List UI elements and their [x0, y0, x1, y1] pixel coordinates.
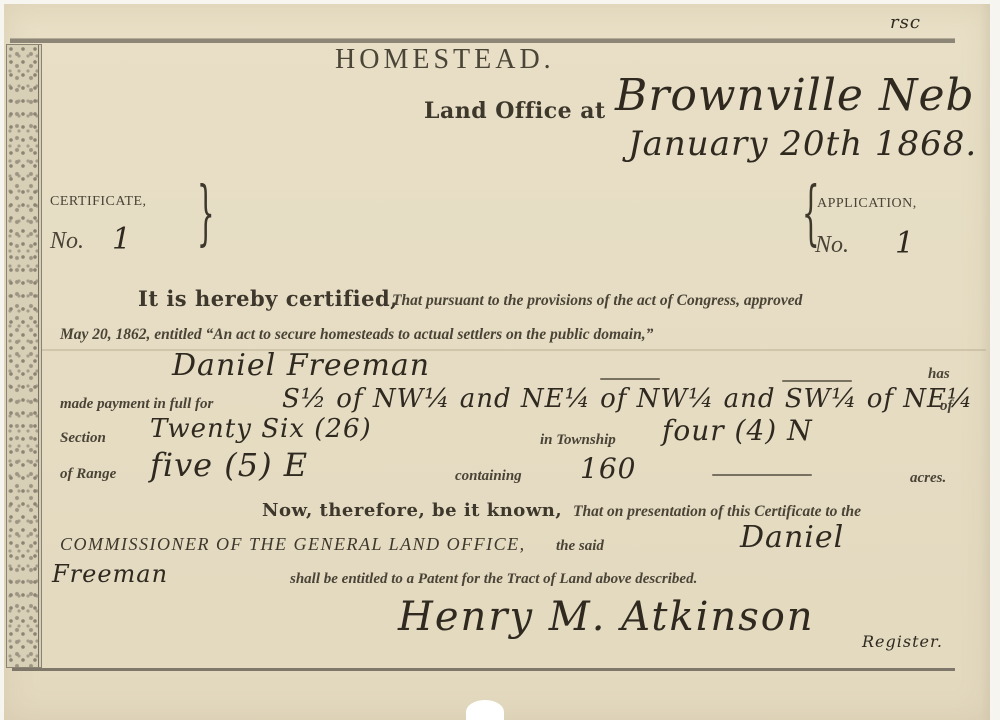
now-therefore-text: That on presentation of this Certificate… — [573, 503, 861, 521]
land-office-label: Land Office at — [424, 98, 606, 124]
document-title: HOMESTEAD. — [335, 44, 555, 76]
acres-label: acres. — [910, 470, 946, 487]
handwritten-dash — [600, 378, 660, 380]
now-therefore-lead: Now, therefore, be it known, — [262, 500, 562, 521]
range-label: of Range — [60, 466, 116, 483]
entitled-line: shall be entitled to a Patent for the Tr… — [290, 571, 697, 588]
handwritten-dash — [712, 474, 812, 476]
certification-lead: It is hereby certified, — [138, 286, 398, 311]
application-number-prefix: No. — [815, 232, 849, 259]
section-label: Section — [60, 430, 106, 447]
has-label: has — [928, 366, 950, 383]
of-label: of — [940, 398, 953, 415]
commissioner-line: COMMISSIONER OF THE GENERAL LAND OFFICE, — [60, 534, 526, 555]
ornamental-left-border — [6, 44, 42, 668]
register-title: Register. — [862, 632, 943, 651]
certificate-date: January 20th 1868. — [628, 124, 977, 164]
corner-note: rsc — [890, 12, 921, 33]
containing-label: containing — [455, 468, 522, 485]
handwritten-dash — [782, 380, 852, 382]
certificate-number: 1 — [112, 222, 132, 257]
certification-line2: May 20, 1862, entitled “An act to secure… — [60, 326, 653, 344]
payment-label: made payment in full for — [60, 396, 213, 413]
section-value: Twenty Six (26) — [150, 414, 372, 444]
township-label: in Township — [540, 432, 616, 449]
acreage-value: 160 — [580, 452, 636, 485]
range-value: five (5) E — [150, 446, 308, 484]
application-label: APPLICATION, — [817, 196, 917, 212]
paper-edge-shade — [980, 4, 990, 720]
the-said-label: the said — [556, 538, 604, 555]
paper-tear — [466, 700, 504, 720]
application-number: 1 — [895, 226, 915, 261]
certificate-number-prefix: No. — [50, 228, 84, 255]
certification-line1: That pursuant to the provisions of the a… — [392, 292, 802, 310]
tract-description: S½ of NW¼ and NE¼ of NW¼ and SW¼ of NE¼ — [282, 384, 973, 414]
top-rule — [10, 38, 955, 43]
township-value: four (4) N — [662, 414, 813, 447]
register-signature: Henry M. Atkinson — [398, 594, 815, 640]
certificate-label: CERTIFICATE, — [50, 194, 147, 210]
bottom-rule — [12, 668, 955, 671]
right-brace: } — [197, 179, 215, 249]
said-name-last: Freeman — [52, 560, 168, 588]
claimant-name: Daniel Freeman — [172, 348, 430, 383]
land-office-location: Brownville Neb — [615, 70, 975, 121]
said-name-first: Daniel — [740, 520, 844, 555]
